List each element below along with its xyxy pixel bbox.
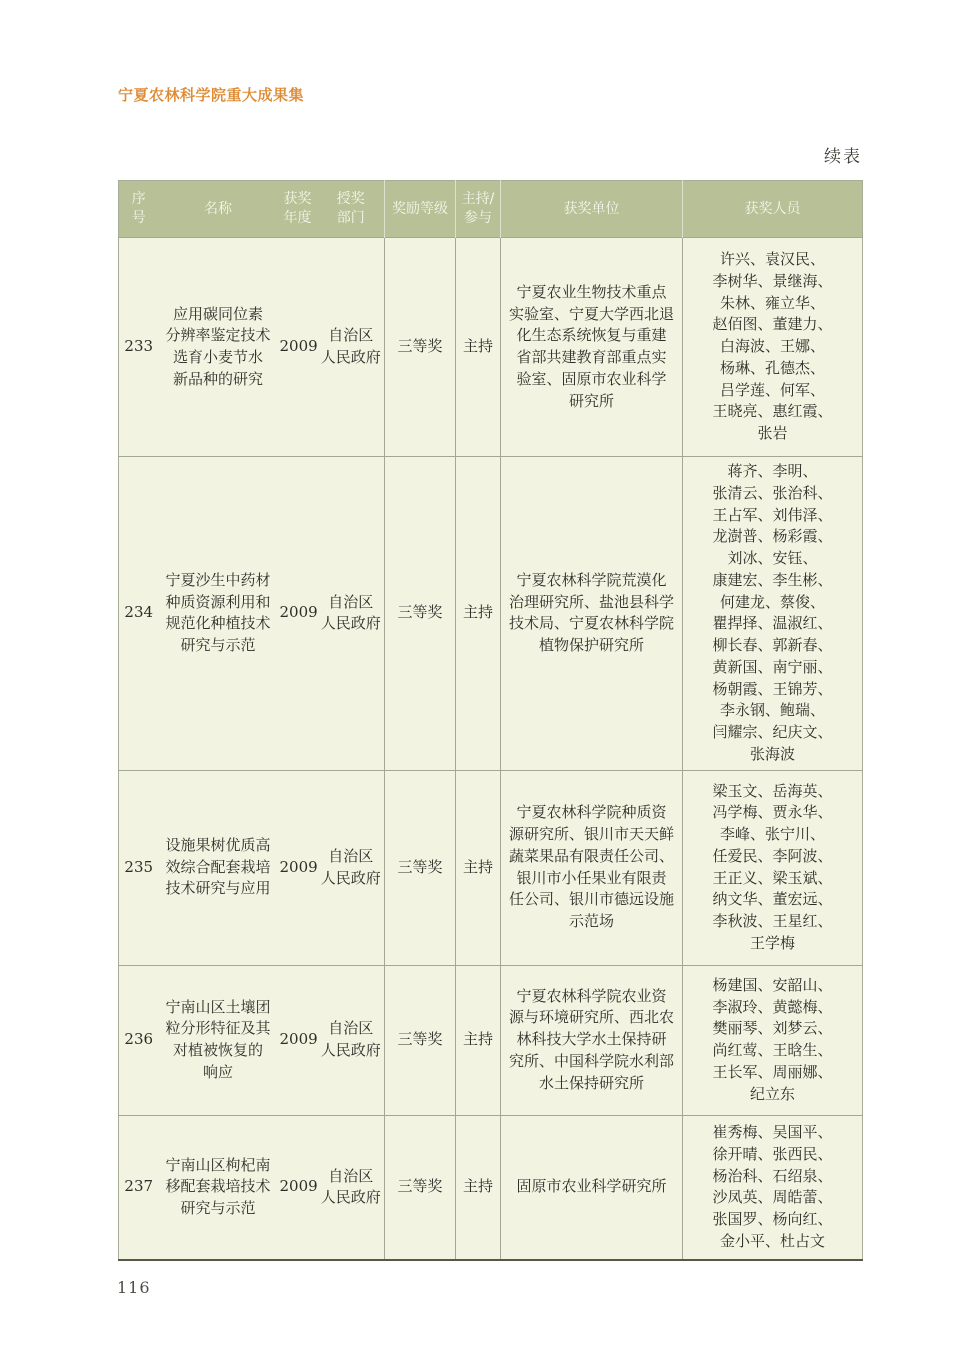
header-name: 名称	[159, 181, 278, 238]
awards-table: 序 号 名称 获奖 年度 授奖 部门 奖励等级 主持/ 参与 获奖单位 获奖人员…	[118, 180, 863, 1261]
header-level: 奖励等级	[385, 181, 456, 238]
cell-people: 梁玉文、岳海英、 冯学梅、贾永华、 李峰、张宁川、 任爱民、李阿波、 王正义、梁…	[683, 770, 863, 965]
cell-name: 宁夏沙生中药材 种质资源利用和 规范化种植技术 研究与示范	[159, 457, 278, 771]
cell-no: 236	[119, 965, 159, 1115]
table-row: 235 设施果树优质高 效综合配套栽培 技术研究与应用 2009 自治区 人民政…	[119, 770, 863, 965]
header-role: 主持/ 参与	[456, 181, 501, 238]
cell-role: 主持	[456, 965, 501, 1115]
table-row: 234 宁夏沙生中药材 种质资源利用和 规范化种植技术 研究与示范 2009 自…	[119, 457, 863, 771]
cell-no: 237	[119, 1115, 159, 1260]
cell-unit: 宁夏农林科学院荒漠化 治理研究所、盐池县科学 技术局、宁夏农林科学院 植物保护研…	[501, 457, 683, 771]
cell-role: 主持	[456, 770, 501, 965]
cell-unit: 固原市农业科学研究所	[501, 1115, 683, 1260]
cell-dept: 自治区 人民政府	[318, 1115, 385, 1260]
cell-name: 宁南山区土壤团 粒分形特征及其 对植被恢复的 响应	[159, 965, 278, 1115]
cell-year: 2009	[278, 238, 318, 457]
table-row: 233 应用碳同位素 分辨率鉴定技术 选育小麦节水 新品种的研究 2009 自治…	[119, 238, 863, 457]
cell-unit: 宁夏农林科学院种质资 源研究所、银川市天天鲜 蔬菜果品有限责任公司、 银川市小任…	[501, 770, 683, 965]
header-no: 序 号	[119, 181, 159, 238]
cell-dept: 自治区 人民政府	[318, 238, 385, 457]
cell-year: 2009	[278, 457, 318, 771]
cell-level: 三等奖	[385, 965, 456, 1115]
header-unit: 获奖单位	[501, 181, 683, 238]
cell-unit: 宁夏农业生物技术重点 实验室、宁夏大学西北退 化生态系统恢复与重建 省部共建教育…	[501, 238, 683, 457]
cell-unit: 宁夏农林科学院农业资 源与环境研究所、西北农 林科技大学水土保持研 究所、中国科…	[501, 965, 683, 1115]
header-dept: 授奖 部门	[318, 181, 385, 238]
cell-year: 2009	[278, 770, 318, 965]
cell-level: 三等奖	[385, 1115, 456, 1260]
cell-level: 三等奖	[385, 457, 456, 771]
cell-no: 234	[119, 457, 159, 771]
cell-no: 235	[119, 770, 159, 965]
cell-level: 三等奖	[385, 770, 456, 965]
page-number: 116	[117, 1278, 151, 1297]
cell-name: 应用碳同位素 分辨率鉴定技术 选育小麦节水 新品种的研究	[159, 238, 278, 457]
cell-year: 2009	[278, 1115, 318, 1260]
table-header-row: 序 号 名称 获奖 年度 授奖 部门 奖励等级 主持/ 参与 获奖单位 获奖人员	[119, 181, 863, 238]
cell-role: 主持	[456, 457, 501, 771]
cell-people: 崔秀梅、吴国平、 徐开晴、张西民、 杨治科、石绍泉、 沙凤英、周皓蕾、 张国罗、…	[683, 1115, 863, 1260]
header-people: 获奖人员	[683, 181, 863, 238]
cell-people: 蒋齐、李明、 张清云、张治科、 王占军、刘伟泽、 龙澍普、杨彩霞、 刘冰、安钰、…	[683, 457, 863, 771]
document-page: 宁夏农林科学院重大成果集 续表 序 号 名称 获奖 年度 授奖 部门 奖励等级 …	[0, 0, 962, 1361]
header-year: 获奖 年度	[278, 181, 318, 238]
cell-role: 主持	[456, 1115, 501, 1260]
cell-people: 杨建国、安韶山、 李淑玲、黄懿梅、 樊丽琴、刘梦云、 尚红莺、王晗生、 王长军、…	[683, 965, 863, 1115]
cell-dept: 自治区 人民政府	[318, 965, 385, 1115]
cell-name: 宁南山区枸杞南 移配套栽培技术 研究与示范	[159, 1115, 278, 1260]
cell-dept: 自治区 人民政府	[318, 457, 385, 771]
continued-table-label: 续表	[824, 142, 862, 167]
cell-name: 设施果树优质高 效综合配套栽培 技术研究与应用	[159, 770, 278, 965]
cell-role: 主持	[456, 238, 501, 457]
table-row: 236 宁南山区土壤团 粒分形特征及其 对植被恢复的 响应 2009 自治区 人…	[119, 965, 863, 1115]
cell-year: 2009	[278, 965, 318, 1115]
cell-no: 233	[119, 238, 159, 457]
book-title: 宁夏农林科学院重大成果集	[118, 84, 304, 105]
cell-people: 许兴、袁汉民、 李树华、景继海、 朱林、雍立华、 赵佰图、董建力、 白海波、王娜…	[683, 238, 863, 457]
cell-dept: 自治区 人民政府	[318, 770, 385, 965]
table-row: 237 宁南山区枸杞南 移配套栽培技术 研究与示范 2009 自治区 人民政府 …	[119, 1115, 863, 1260]
cell-level: 三等奖	[385, 238, 456, 457]
